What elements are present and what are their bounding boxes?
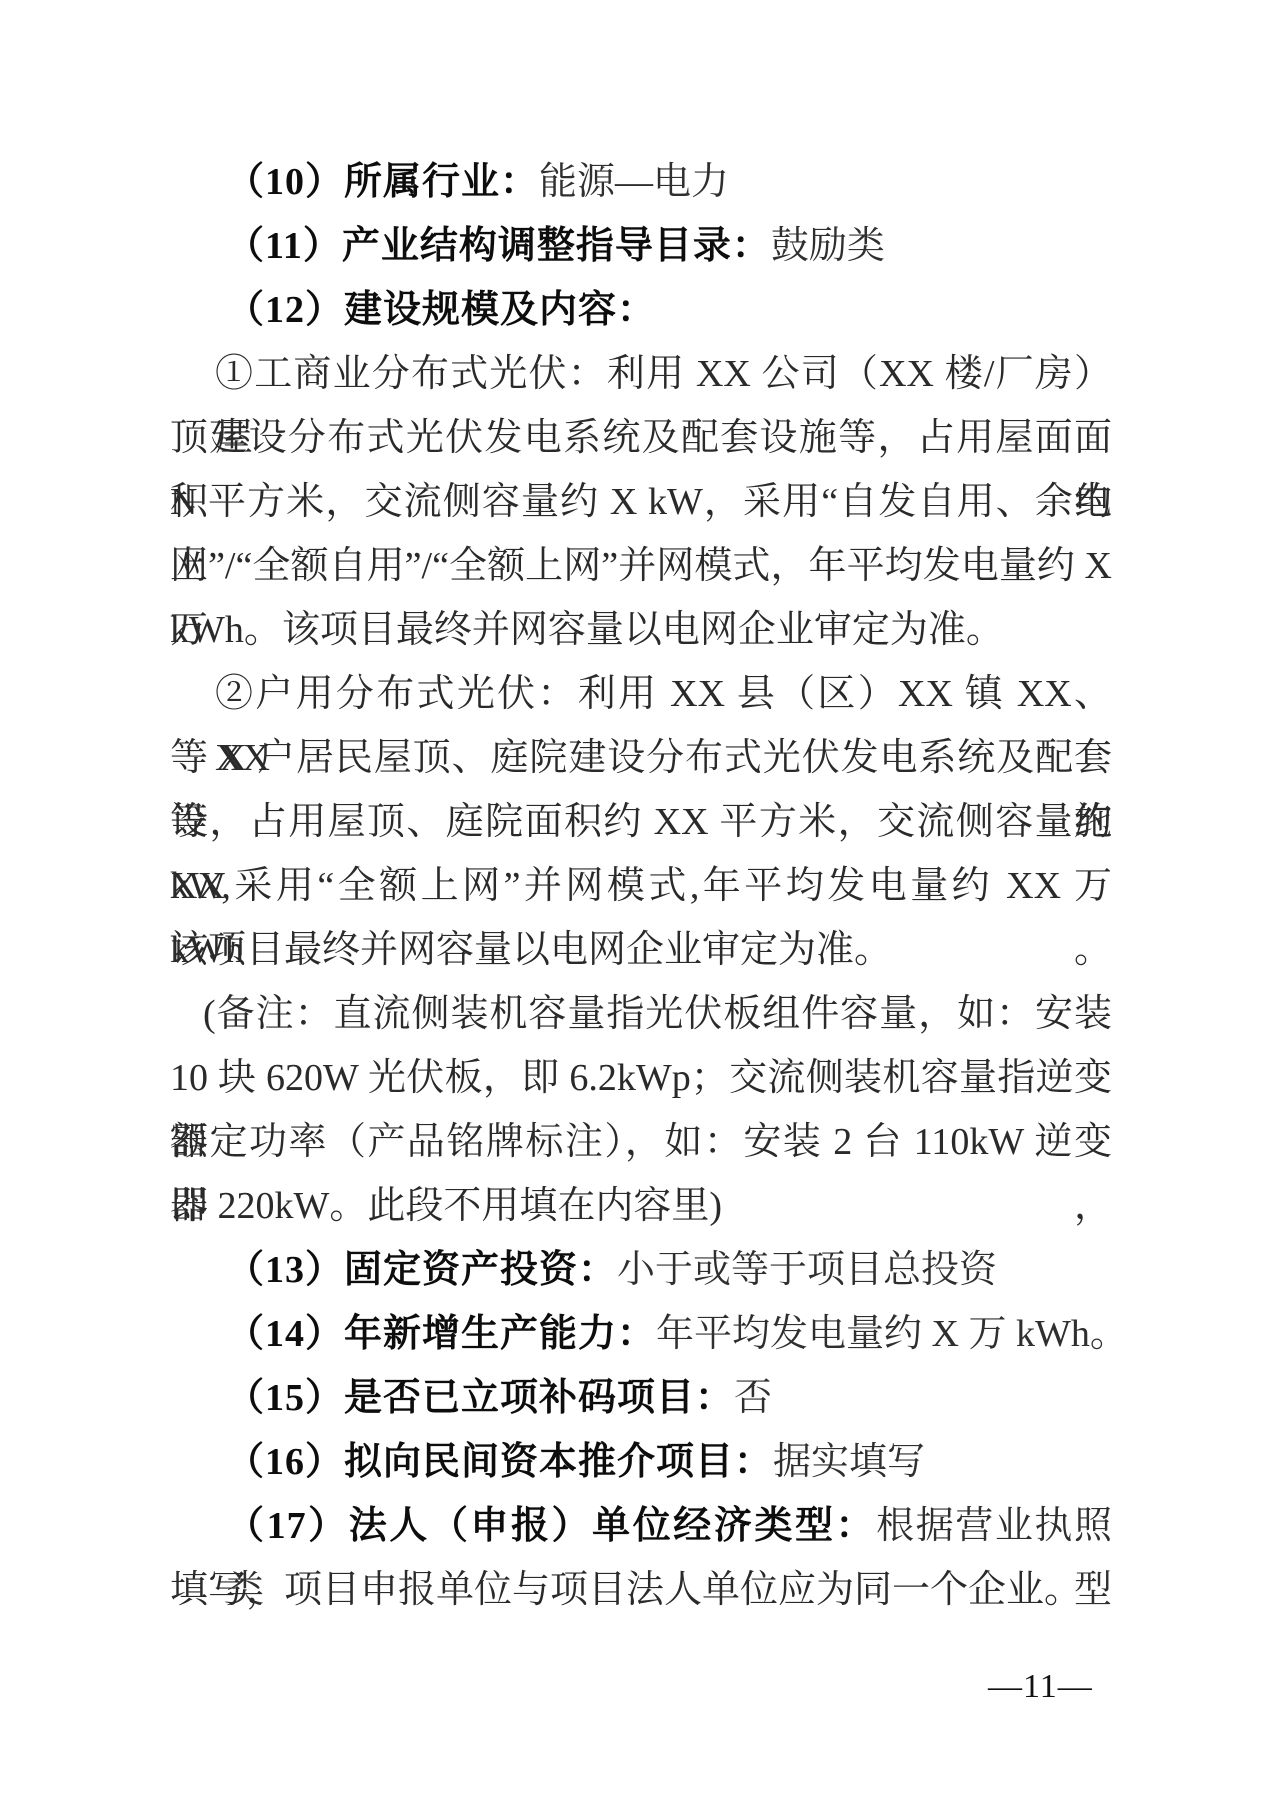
para2-line-3: 等，占用屋顶、庭院面积约 XX 平方米，交流侧容量约 XX <box>170 790 1112 854</box>
item-15-value: 否 <box>734 1377 772 1419</box>
item-14: （14）年新增生产能力：年平均发电量约 X 万 kWh。 <box>170 1302 1112 1366</box>
item-16-value: 据实填写 <box>773 1441 925 1483</box>
document-page: （10）所属行业：能源—电力 （11）产业结构调整指导目录：鼓励类 （12）建设… <box>0 0 1280 1810</box>
item-11-label: （11）产业结构调整指导目录： <box>226 225 771 267</box>
para1-line-5: kWh。该项目最终并网容量以电网企业审定为准。 <box>170 598 1112 662</box>
para1-line-3: N 平方米，交流侧容量约 X kW，采用“自发自用、余电上 <box>170 470 1112 534</box>
item-16: （16）拟向民间资本推介项目：据实填写 <box>170 1430 1112 1494</box>
para2-line-2: 等 X 户居民屋顶、庭院建设分布式光伏发电系统及配套设施 <box>170 726 1112 790</box>
item-10-value: 能源—电力 <box>539 161 729 203</box>
item-12: （12）建设规模及内容： <box>170 278 1112 342</box>
para1-line-1: ①工商业分布式光伏：利用 XX 公司（XX 楼/厂房）屋 <box>170 342 1112 406</box>
page-number: —11— <box>988 1668 1093 1706</box>
para2-line-4: kW,采用“全额上网”并网模式,年平均发电量约 XX 万 kWh。 <box>170 854 1112 918</box>
item-13-value: 小于或等于项目总投资 <box>617 1249 997 1291</box>
item-11: （11）产业结构调整指导目录：鼓励类 <box>170 214 1112 278</box>
item-14-label: （14）年新增生产能力： <box>226 1313 656 1355</box>
item-15: （15）是否已立项补码项目：否 <box>170 1366 1112 1430</box>
para2-line-1: ②户用分布式光伏：利用 XX 县（区）XX 镇 XX、XX <box>170 662 1112 726</box>
item-14-value: 年平均发电量约 X 万 kWh。 <box>656 1313 1128 1355</box>
item-11-value: 鼓励类 <box>771 225 885 267</box>
item-12-label: （12）建设规模及内容： <box>226 289 656 331</box>
note-line-3: 额定功率（产品铭牌标注），如：安装 2 台 110kW 逆变器， <box>170 1110 1112 1174</box>
item-17-continuation: 填写，项目申报单位与项目法人单位应为同一个企业。 <box>170 1558 1112 1622</box>
item-13-label: （13）固定资产投资： <box>226 1249 617 1291</box>
para1-line-2: 顶建设分布式光伏发电系统及配套设施等，占用屋面面积约 <box>170 406 1112 470</box>
item-17: （17）法人（申报）单位经济类型：根据营业执照类型 <box>170 1494 1112 1558</box>
item-13: （13）固定资产投资：小于或等于项目总投资 <box>170 1238 1112 1302</box>
item-15-label: （15）是否已立项补码项目： <box>226 1377 734 1419</box>
item-10: （10）所属行业：能源—电力 <box>170 150 1112 214</box>
document-body: （10）所属行业：能源—电力 （11）产业结构调整指导目录：鼓励类 （12）建设… <box>170 150 1112 1622</box>
item-16-label: （16）拟向民间资本推介项目： <box>226 1441 773 1483</box>
item-10-label: （10）所属行业： <box>226 161 539 203</box>
para1-line-4: 网”/“全额自用”/“全额上网”并网模式，年平均发电量约 X 万 <box>170 534 1112 598</box>
note-line-2: 10 块 620W 光伏板，即 6.2kWp；交流侧装机容量指逆变器 <box>170 1046 1112 1110</box>
item-17-label: （17）法人（申报）单位经济类型： <box>226 1505 876 1547</box>
note-line-1: (备注：直流侧装机容量指光伏板组件容量，如：安装 <box>170 982 1112 1046</box>
